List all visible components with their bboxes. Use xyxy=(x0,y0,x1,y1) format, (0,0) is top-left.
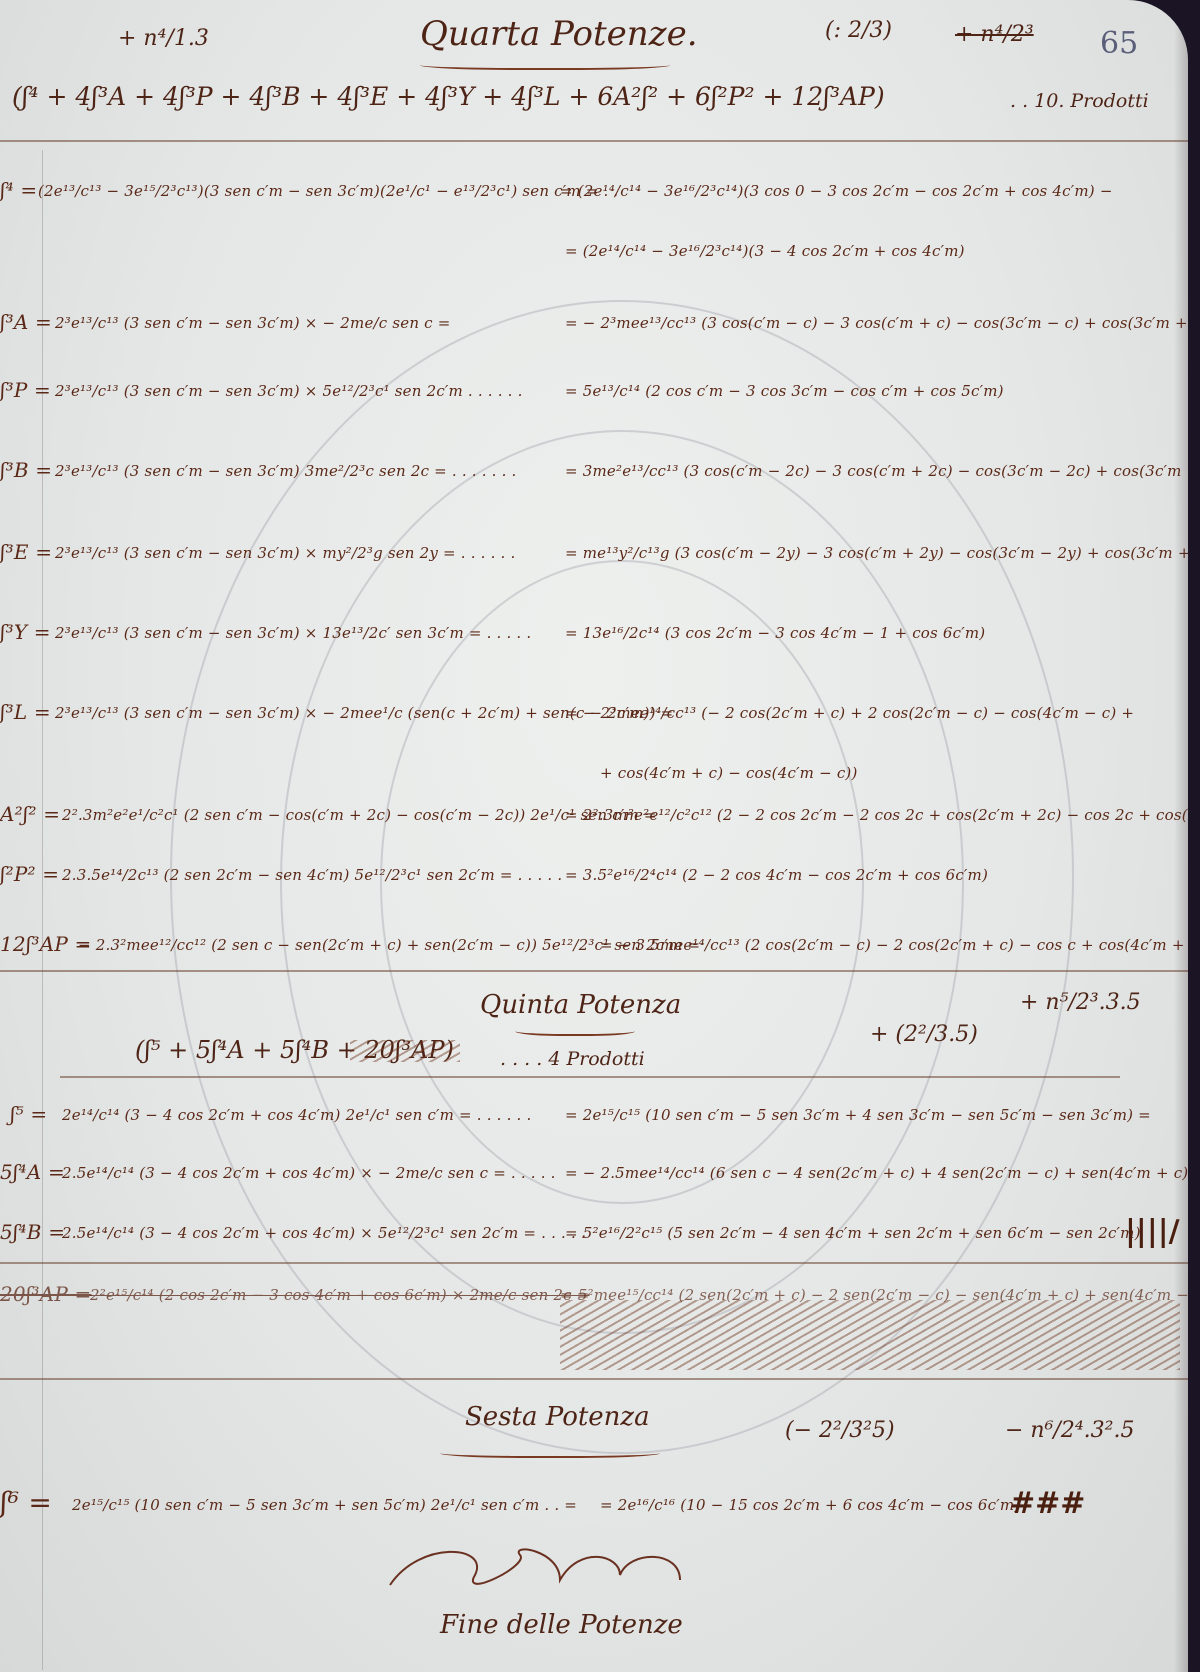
ratio-note: + (2²/3.5) xyxy=(870,1022,978,1047)
decorative-flourish-icon xyxy=(380,1545,820,1605)
row-lhs: ʃ³A = xyxy=(0,310,52,334)
row-continuation: + cos(4c′m + c) − cos(4c′m − c)) xyxy=(600,764,858,782)
title-underline xyxy=(515,1024,635,1036)
products-count-quinta: . . . . 4 Prodotti xyxy=(500,1048,645,1070)
row-lhs: ʃ²P² = xyxy=(0,862,59,886)
row-left-expr: 2.5e¹⁴/c¹⁴ (3 − 4 cos 2c′m + cos 4c′m) ×… xyxy=(62,1164,556,1182)
row-lhs: ʃ³P = xyxy=(0,378,51,402)
left-margin-note: + n⁴/1.3 xyxy=(118,26,209,51)
row-left-expr: 2³e¹³/c¹³ (3 sen c′m − sen 3c′m) 3me²/2³… xyxy=(55,462,516,480)
row-lhs: ʃ⁶ = xyxy=(0,1486,52,1519)
tally-marks: ||||/ xyxy=(1125,1214,1180,1249)
row-lhs: ʃ³Y = xyxy=(0,620,51,644)
row-left-expr: 2³e¹³/c¹³ (3 sen c′m − sen 3c′m) × my²/2… xyxy=(55,544,515,562)
closing-text: Fine delle Potenze xyxy=(440,1610,683,1640)
row-lhs: A²ʃ² = xyxy=(0,802,60,826)
section-rule xyxy=(0,1262,1188,1264)
manuscript-page: + n⁴/1.3 Quarta Potenze. (: 2/3) + n⁴/2³… xyxy=(0,0,1188,1672)
tally-marks: ### xyxy=(1010,1486,1085,1521)
struck-row-left-expr: 2²e¹⁵/c¹⁴ (2 cos 2c′m − 3 cos 4c′m + cos… xyxy=(90,1286,590,1304)
row-left-expr: 2e¹⁴/c¹⁴ (3 − 4 cos 2c′m + cos 4c′m) 2e¹… xyxy=(62,1106,531,1124)
row-lhs: 5ʃ⁴A = xyxy=(0,1160,65,1184)
row-right-expr: = (2e¹⁴/c¹⁴ − 3e¹⁶/2³c¹⁴)(3 cos 0 − 3 co… xyxy=(560,182,1113,200)
section-title-sesta: Sesta Potenza xyxy=(465,1402,650,1432)
ratio-note: (: 2/3) xyxy=(825,18,892,43)
row-right-expr: = 2e¹⁵/c¹⁵ (10 sen c′m − 5 sen 3c′m + 4 … xyxy=(565,1106,1151,1124)
title-underline xyxy=(440,1446,660,1458)
row-left-expr: 2.5e¹⁴/c¹⁴ (3 − 4 cos 2c′m + cos 4c′m) ×… xyxy=(62,1224,586,1242)
coefficient-note: + n⁵/2³.3.5 xyxy=(1020,990,1141,1015)
row-right-expr: = − 3.5mee¹⁴/cc¹³ (2 cos(2c′m − c) − 2 c… xyxy=(600,936,1188,954)
section-rule xyxy=(60,1076,1120,1078)
row-left-expr: 2³e¹³/c¹³ (3 sen c′m − sen 3c′m) × 13e¹³… xyxy=(55,624,531,642)
row-right-expr: = − 2³mee¹⁴/cc¹³ (− 2 cos(2c′m + c) + 2 … xyxy=(565,704,1134,722)
row-lhs: ʃ³E = xyxy=(0,540,52,564)
row-lhs: ʃ³L = xyxy=(0,700,51,724)
section-rule xyxy=(0,1378,1188,1380)
row-left-expr: 2.3.5e¹⁴/2c¹³ (2 sen 2c′m − sen 4c′m) 5e… xyxy=(62,866,562,884)
title-underline xyxy=(420,58,670,70)
section-title-quinta: Quinta Potenza xyxy=(480,990,681,1020)
row-left-expr: 2³e¹³/c¹³ (3 sen c′m − sen 3c′m) × − 2me… xyxy=(55,314,451,332)
struck-row-lhs: 20ʃ³AP = xyxy=(0,1282,92,1306)
row-right-expr: = − 2³mee¹³/cc¹³ (3 cos(c′m − c) − 3 cos… xyxy=(565,314,1188,332)
section-rule xyxy=(0,140,1188,142)
expansion-quarta: (ʃ⁴ + 4ʃ³A + 4ʃ³P + 4ʃ³B + 4ʃ³E + 4ʃ³Y +… xyxy=(12,82,885,111)
row-right-expr: = 5e¹³/c¹⁴ (2 cos c′m − 3 cos 3c′m − cos… xyxy=(565,382,1004,400)
row-lhs: 5ʃ⁴B = xyxy=(0,1220,65,1244)
row-left-expr: 2e¹⁵/c¹⁵ (10 sen c′m − 5 sen 3c′m + sen … xyxy=(72,1496,577,1514)
section-rule xyxy=(0,970,1188,972)
struck-term-scribble xyxy=(350,1040,460,1062)
row-lhs: ʃ⁴ = xyxy=(0,178,37,202)
section-title-quarta: Quarta Potenze. xyxy=(420,14,698,54)
crossed-out-scribble xyxy=(560,1300,1180,1370)
row-right-expr: = 13e¹⁶/2c¹⁴ (3 cos 2c′m − 3 cos 4c′m − … xyxy=(565,624,985,642)
row-right-expr: = me¹³y²/c¹³g (3 cos(c′m − 2y) − 3 cos(c… xyxy=(565,544,1188,562)
row-right-expr: = 3me²e¹³/cc¹³ (3 cos(c′m − 2c) − 3 cos(… xyxy=(565,462,1188,480)
row-right-expr: = 3.5²e¹⁶/2⁴c¹⁴ (2 − 2 cos 4c′m − cos 2c… xyxy=(565,866,988,884)
row-left-expr: (2e¹³/c¹³ − 3e¹⁵/2³c¹³)(3 sen c′m − sen … xyxy=(38,182,618,200)
row-right-expr: = 2².3m²e²e¹²/c²c¹² (2 − 2 cos 2c′m − 2 … xyxy=(565,806,1188,824)
row-right-expr: = 2e¹⁶/c¹⁶ (10 − 15 cos 2c′m + 6 cos 4c′… xyxy=(600,1496,1020,1514)
products-count-quarta: . . 10. Prodotti xyxy=(1010,90,1149,112)
row-right-expr: = (2e¹⁴/c¹⁴ − 3e¹⁶/2³c¹⁴)(3 − 4 cos 2c′m… xyxy=(565,242,965,260)
row-right-expr: = 5²e¹⁶/2²c¹⁵ (5 sen 2c′m − 4 sen 4c′m +… xyxy=(565,1224,1141,1242)
coefficient-note: − n⁶/2⁴.3².5 xyxy=(1005,1418,1134,1443)
page-number: 65 xyxy=(1100,26,1138,61)
row-lhs: ʃ⁵ = xyxy=(10,1102,47,1126)
row-right-expr: = − 2.5mee¹⁴/cc¹⁴ (6 sen c − 4 sen(2c′m … xyxy=(565,1164,1188,1182)
struck-note: + n⁴/2³ xyxy=(955,22,1034,47)
row-lhs: ʃ³B = xyxy=(0,458,52,482)
ratio-note: (− 2²/3²5) xyxy=(785,1418,895,1443)
row-left-expr: 2³e¹³/c¹³ (3 sen c′m − sen 3c′m) × 5e¹²/… xyxy=(55,382,523,400)
